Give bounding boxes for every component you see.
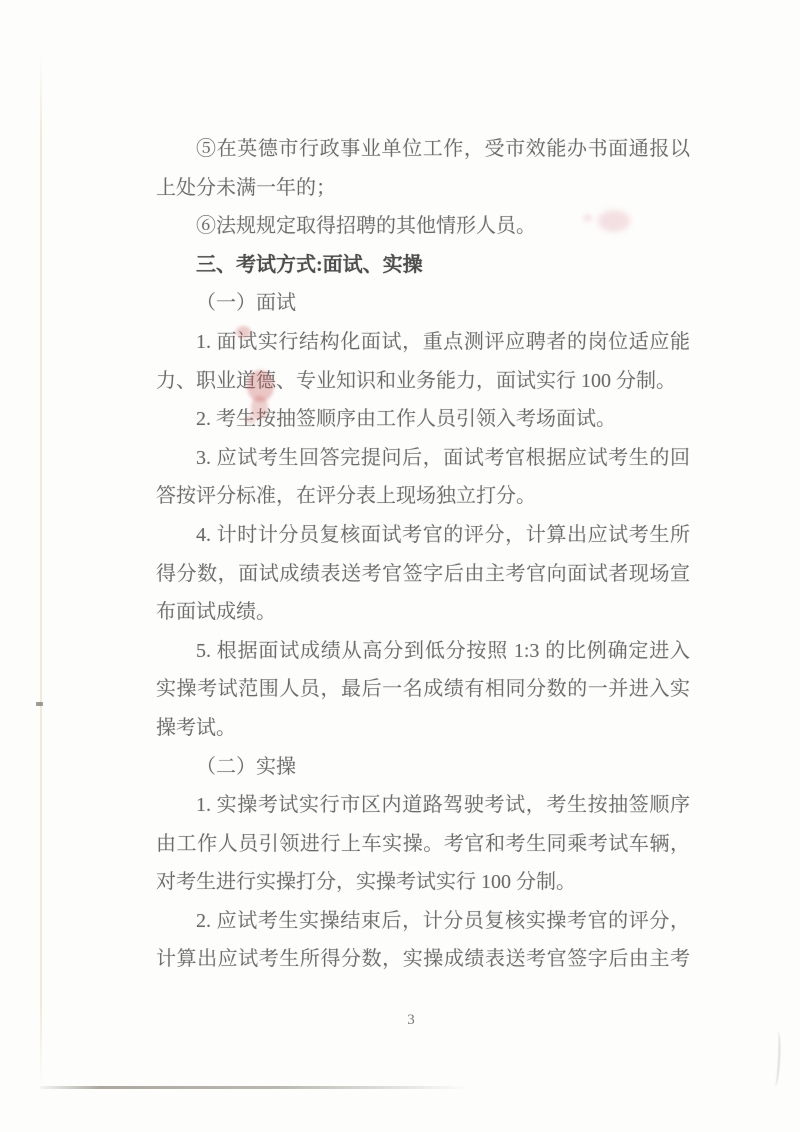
scan-bottom-edge-shadow	[40, 1086, 468, 1089]
pink-ink-smudge	[598, 210, 630, 232]
red-ink-smudge	[246, 415, 256, 424]
red-ink-smudge	[236, 326, 251, 338]
text-line: 计算出应试考生所得分数，实操成绩表送考官签字后由主考	[156, 940, 690, 979]
heading-line: 三、考试方式:面试、实操	[156, 246, 690, 285]
ink-speck	[36, 702, 43, 706]
text-line: 3. 应试考生回答完提问后，面试考官根据应试考生的回	[156, 439, 690, 478]
text-line: 得分数，面试成绩表送考官签字后由主考官向面试者现场宣	[156, 555, 690, 594]
text-line: （二）实操	[156, 748, 690, 787]
text-line: 2. 应试考生实操结束后，计分员复核实操考官的评分，	[156, 902, 690, 941]
page-left-edge-line	[40, 52, 42, 1088]
text-line: 由工作人员引领进行上车实操。考官和考生同乘考试车辆，	[156, 825, 690, 864]
scanned-document-page: ⑤在英德市行政事业单位工作，受市效能办书面通报以上处分未满一年的；⑥法规规定取得…	[0, 0, 800, 1132]
corner-scratch-mark	[771, 1032, 782, 1086]
text-line: 2. 考生按抽签顺序由工作人员引领入考场面试。	[156, 400, 690, 439]
text-line: （一）面试	[156, 284, 690, 323]
document-body: ⑤在英德市行政事业单位工作，受市效能办书面通报以上处分未满一年的；⑥法规规定取得…	[156, 130, 690, 979]
text-line: 力、职业道德、专业知识和业务能力，面试实行 100 分制。	[156, 362, 690, 401]
text-line: 实操考试范围人员，最后一名成绩有相同分数的一并进入实	[156, 670, 690, 709]
text-line: 布面试成绩。	[156, 593, 690, 632]
text-line: 对考生进行实操打分，实操考试实行 100 分制。	[156, 863, 690, 902]
page-number: 3	[402, 1011, 420, 1029]
text-line: 操考试。	[156, 709, 690, 748]
text-line: 5. 根据面试成绩从高分到低分按照 1:3 的比例确定进入	[156, 632, 690, 671]
text-line: 上处分未满一年的；	[156, 169, 690, 208]
text-line: 4. 计时计分员复核面试考官的评分，计算出应试考生所	[156, 516, 690, 555]
text-line: 答按评分标准，在评分表上现场独立打分。	[156, 477, 690, 516]
pink-ink-dot	[583, 214, 592, 222]
text-line: ⑤在英德市行政事业单位工作，受市效能办书面通报以	[156, 130, 690, 169]
text-line: 1. 实操考试实行市区内道路驾驶考试，考生按抽签顺序	[156, 786, 690, 825]
